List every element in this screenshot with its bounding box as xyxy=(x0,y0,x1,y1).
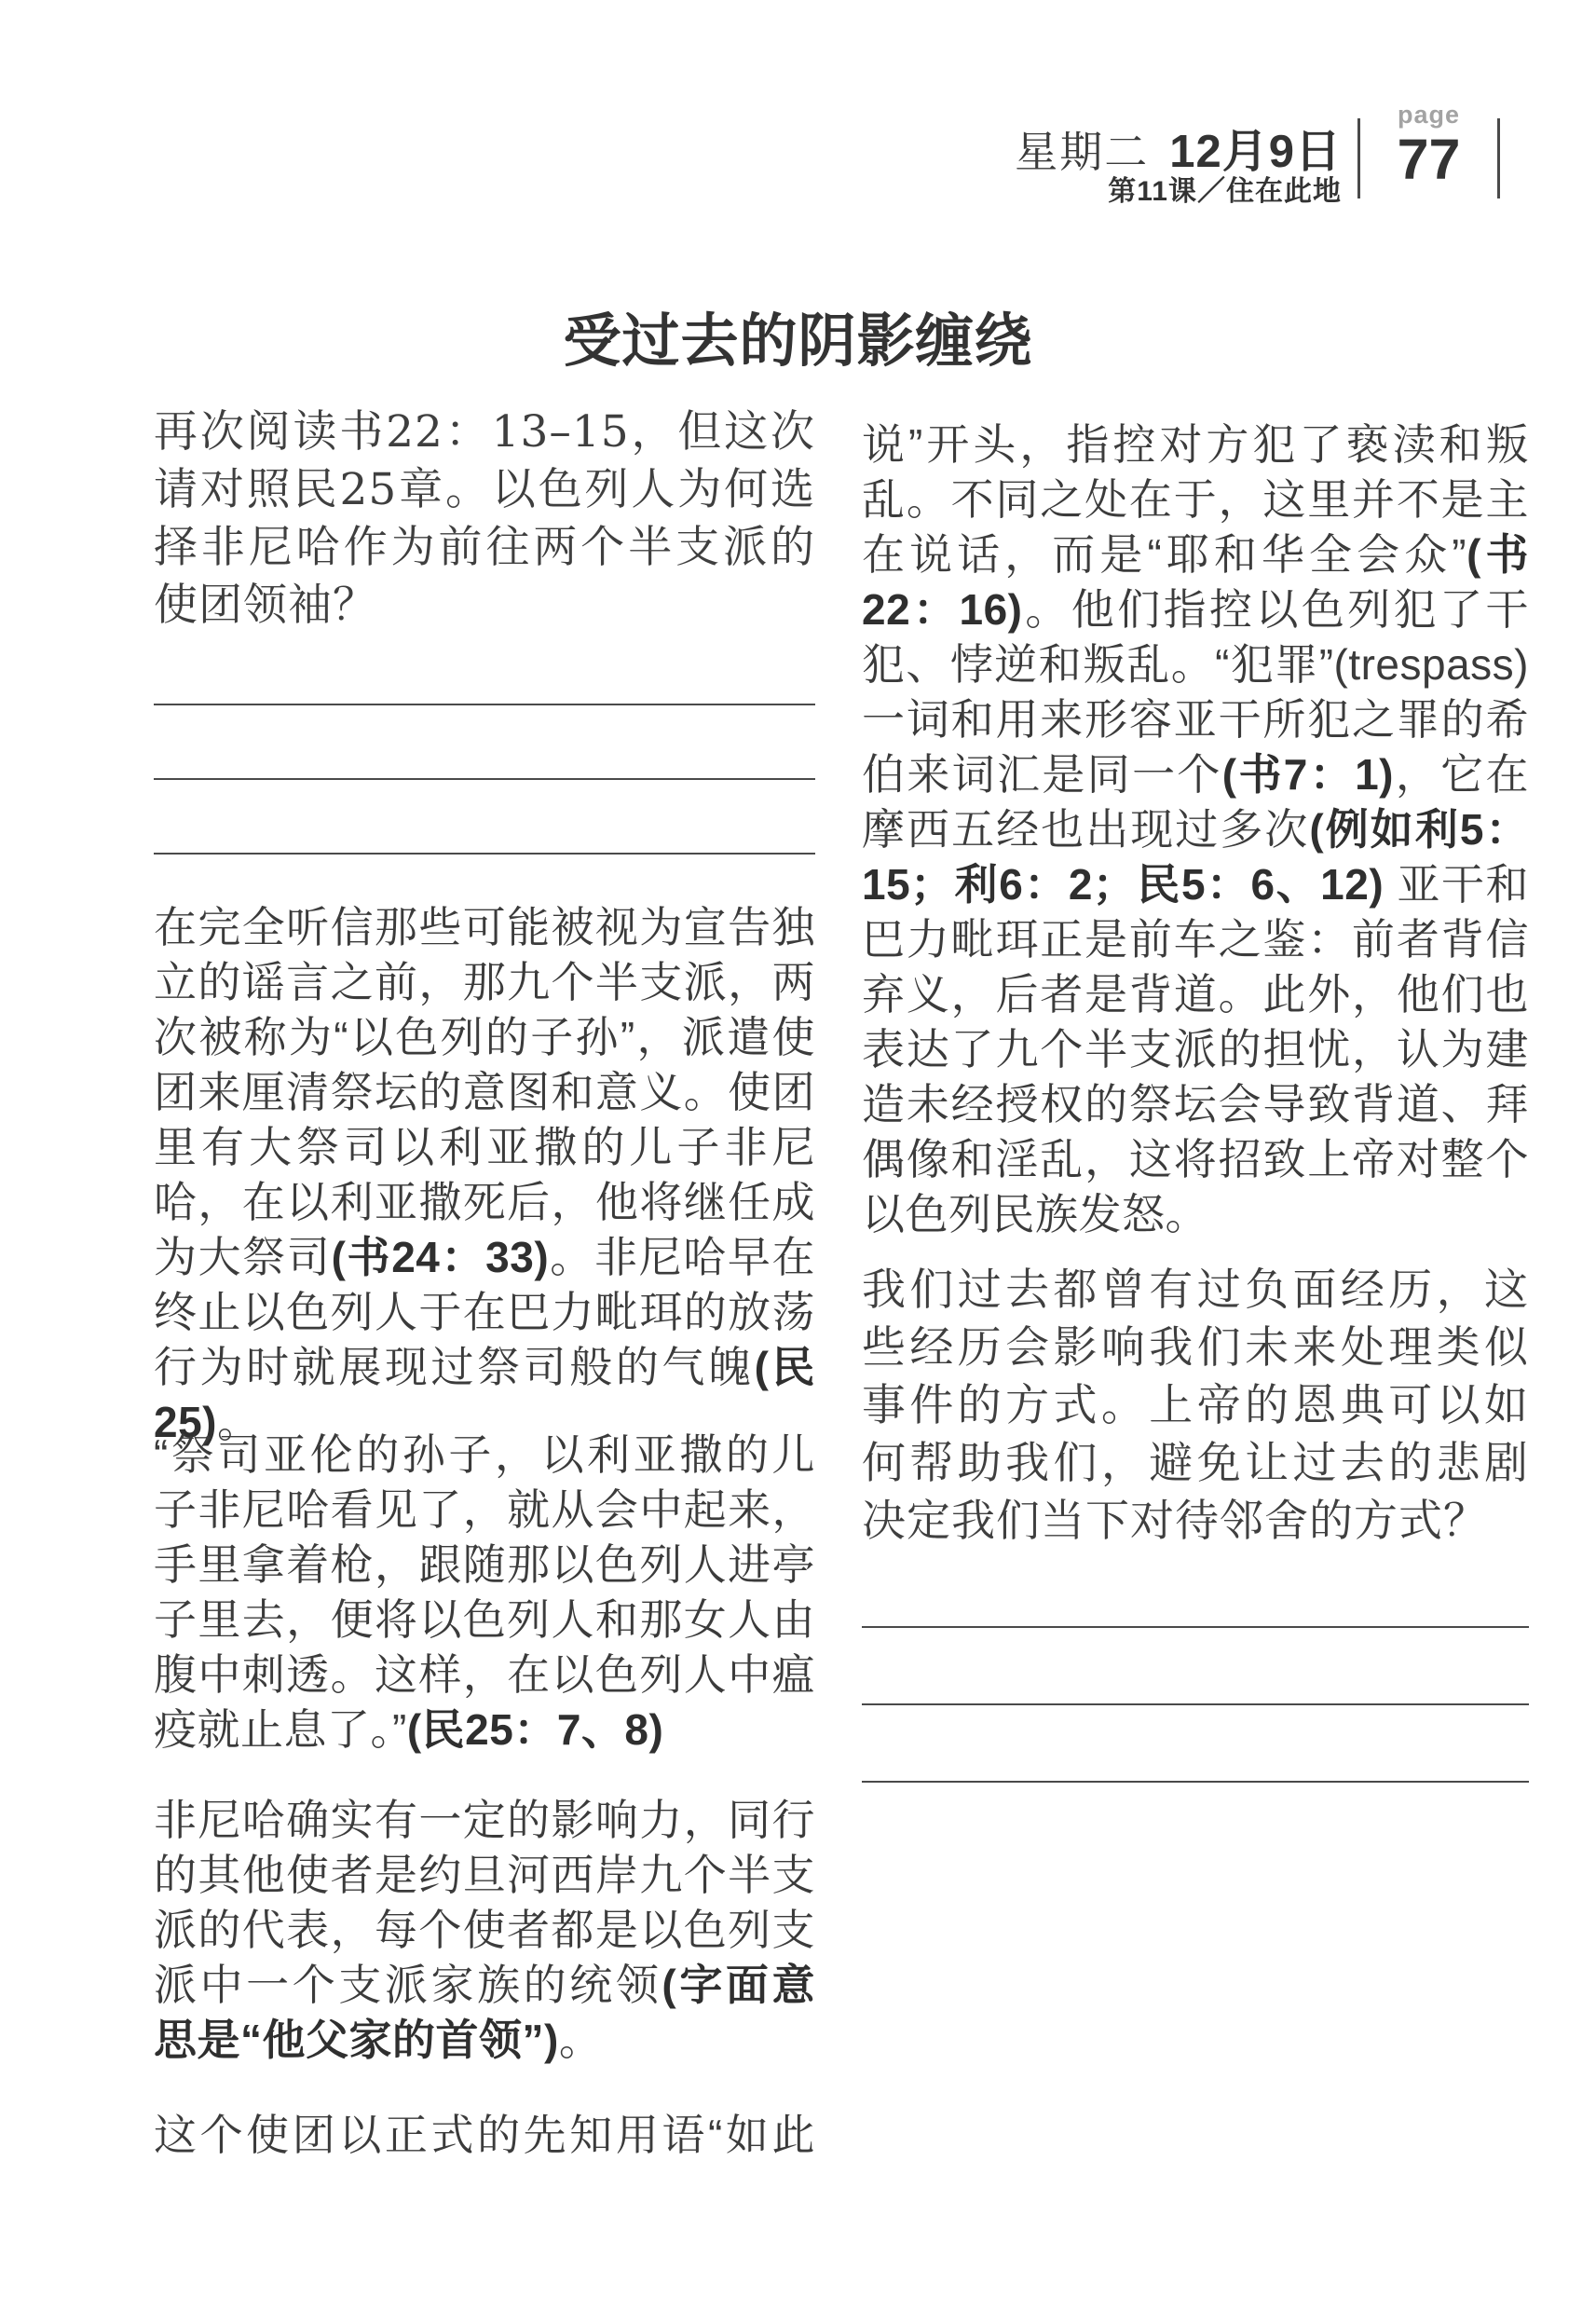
body-paragraph: 这个使团以正式的先知用语“如此 xyxy=(154,2108,815,2163)
answer-line xyxy=(862,1626,1529,1628)
body-paragraph: 非尼哈确实有一定的影响力，同行的其他使者是约旦河西岸九个半支派的代表，每个使者都… xyxy=(154,1793,815,2068)
scripture-reference: (书24：33) xyxy=(332,1233,550,1281)
body-text-segment: 在完全听信那些可能被视为宣告独立的谣言之前，那九个半支派，两次被称为“以色列的子… xyxy=(154,903,815,1281)
answer-line xyxy=(862,1781,1529,1783)
answer-line xyxy=(154,853,815,855)
answer-line xyxy=(154,778,815,780)
scripture-reference: (书7：1) xyxy=(1222,750,1394,799)
answer-line xyxy=(862,1703,1529,1705)
body-text-segment: 。 xyxy=(559,2016,603,2064)
body-text-segment: 这个使团以正式的先知用语“如此 xyxy=(154,2111,815,2159)
scripture-reference: (民25：7、8) xyxy=(407,1705,663,1754)
body-paragraph: 在完全听信那些可能被视为宣告独立的谣言之前，那九个半支派，两次被称为“以色列的子… xyxy=(154,900,815,1450)
scripture-quote-paragraph: “祭司亚伦的孙子，以利亚撒的儿子非尼哈看见了，就从会中起来，手里拿着枪，跟随那以… xyxy=(154,1428,815,1757)
section-title: 受过去的阴影缠绕 xyxy=(0,294,1596,377)
body-text-segment: 说”开头，指控对方犯了亵渎和叛乱。不同之处在于，这里并不是主在说话，而是“耶和华… xyxy=(862,420,1529,579)
study-question: 再次阅读书22：13–15，但这次请对照民25章。以色列人为何选择非尼哈作为前往… xyxy=(154,403,815,635)
header-divider xyxy=(1497,118,1500,198)
body-text-segment: 亚干和巴力毗珥正是前车之鉴：前者背信弃义，后者是背道。此外，他们也表达了九个半支… xyxy=(862,860,1529,1238)
body-paragraph: 说”开头，指控对方犯了亵渎和叛乱。不同之处在于，这里并不是主在说话，而是“耶和华… xyxy=(862,417,1529,1242)
page-label: page xyxy=(1360,101,1497,130)
study-question: 我们过去都曾有过负面经历，这些经历会影响我们未来处理类似事件的方式。上帝的恩典可… xyxy=(862,1262,1529,1551)
page-number: 77 xyxy=(1360,127,1497,192)
answer-line xyxy=(154,704,815,705)
lesson-page: 星期二12月9日 第11课／住在此地 page 77 受过去的阴影缠绕 再次阅读… xyxy=(0,0,1596,2311)
lesson-label: 第11课／住在此地 xyxy=(1108,168,1342,209)
